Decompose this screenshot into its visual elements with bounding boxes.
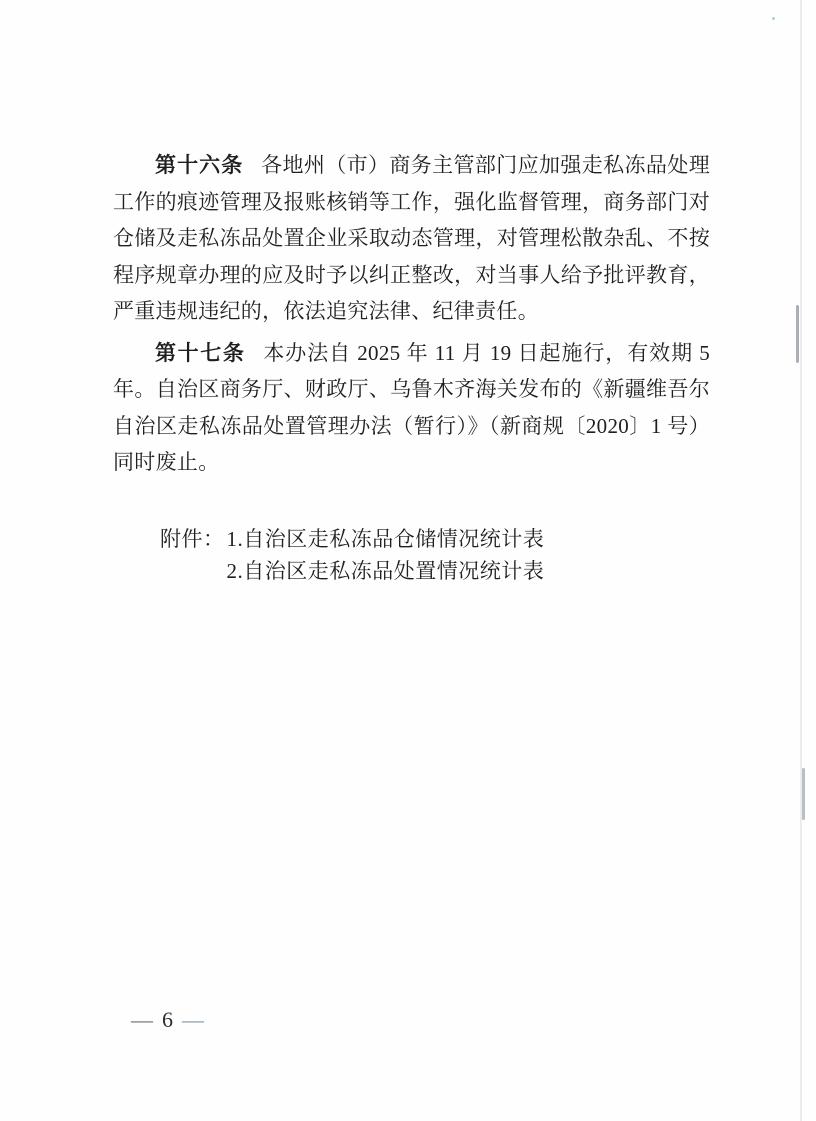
page-number: 6 [162,1007,173,1033]
scan-artifact-mark-upper [796,305,799,363]
footer-dash-left: — [131,1007,153,1033]
scan-edge-line [800,0,802,1121]
footer-dash-right: — [182,1007,204,1033]
article-16-paragraph: 第十六条各地州（市）商务主管部门应加强走私冻品处理工作的痕迹管理及报账核销等工作… [113,147,710,330]
document-body: 第十六条各地州（市）商务主管部门应加强走私冻品处理工作的痕迹管理及报账核销等工作… [113,147,710,481]
article-17-paragraph: 第十七条本办法自 2025 年 11 月 19 日起施行，有效期 5 年。自治区… [113,335,710,481]
attachments-label: 附件： [160,523,225,555]
attachment-item-1: 1.自治区走私冻品仓储情况统计表 [227,523,545,555]
attachments-section: 附件： 1.自治区走私冻品仓储情况统计表 2.自治区走私冻品处置情况统计表 [160,523,544,587]
page-footer: — 6 — [131,1007,204,1033]
article-17-heading: 第十七条 [155,341,246,365]
attachments-list: 1.自治区走私冻品仓储情况统计表 2.自治区走私冻品处置情况统计表 [227,523,545,587]
scan-artifact-mark-lower [802,768,805,820]
scanned-document-page: 第十六条各地州（市）商务主管部门应加强走私冻品处理工作的痕迹管理及报账核销等工作… [0,0,816,1121]
article-16-heading: 第十六条 [155,153,243,177]
article-16-text: 各地州（市）商务主管部门应加强走私冻品处理工作的痕迹管理及报账核销等工作，强化监… [113,153,710,323]
scan-speck [772,17,775,20]
attachment-item-2: 2.自治区走私冻品处置情况统计表 [227,555,545,587]
